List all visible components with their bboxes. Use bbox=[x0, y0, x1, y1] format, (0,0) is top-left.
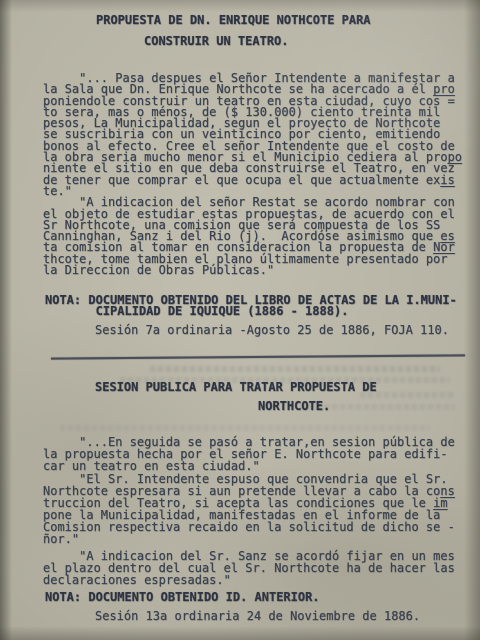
text-line: de tener que comprar el que ocupa el que… bbox=[43, 175, 462, 186]
document-photo: PROPUESTA DE DN. ENRIQUE NOTHCOTE PARA C… bbox=[0, 0, 480, 640]
section1-session-line: Sesión 7a ordinaria -Agosto 25 de 1886, … bbox=[95, 325, 449, 336]
text-line: CIPALIDAD DE IQUIQUE (1886 - 1888). bbox=[45, 306, 457, 317]
section2-session-line: Sesión 13a ordinaria 24 de Noviembre de … bbox=[95, 611, 420, 622]
section1-body-text: "... Pasa despues el Señor Intendente a … bbox=[43, 73, 462, 276]
section1-title-line1: PROPUESTA DE DN. ENRIQUE NOTHCOTE PARA bbox=[96, 15, 371, 26]
section2-paragraph1: "...En seguida se pasó a tratar,en sesio… bbox=[43, 436, 455, 472]
section2-paragraph2: "El Sr. Intendente espuso que convendria… bbox=[43, 473, 455, 545]
section2-paragraph3: "A indicacion del Sr. Sanz se acordó fij… bbox=[43, 550, 455, 586]
section2-title-line1: SESION PUBLICA PARA TRATAR PROPUESTA DE bbox=[95, 382, 377, 393]
text-line: car un teatro en esta ciudad." bbox=[43, 460, 455, 472]
section-divider-rule bbox=[51, 354, 465, 359]
text-line: ñor." bbox=[43, 533, 455, 545]
text-line: la Direccion de Obras Públicas." bbox=[43, 265, 462, 276]
bleedthrough-text bbox=[60, 425, 430, 431]
text-line: declaraciones espresadas." bbox=[43, 574, 455, 586]
text-line: Comision respectiva recaido en la solici… bbox=[43, 521, 455, 533]
section1-title-line2: CONSTRUIR UN TEATRO. bbox=[144, 36, 289, 47]
section2-title-line2: NORTHCOTE. bbox=[258, 401, 330, 412]
section2-nota: NOTA: DOCUMENTO OBTENIDO ID. ANTERIOR. bbox=[45, 592, 320, 603]
section1-nota: NOTA: DOCUMENTO OBTENIDO DEL LIBRO DE AC… bbox=[45, 295, 457, 318]
bleedthrough-text bbox=[150, 366, 440, 372]
